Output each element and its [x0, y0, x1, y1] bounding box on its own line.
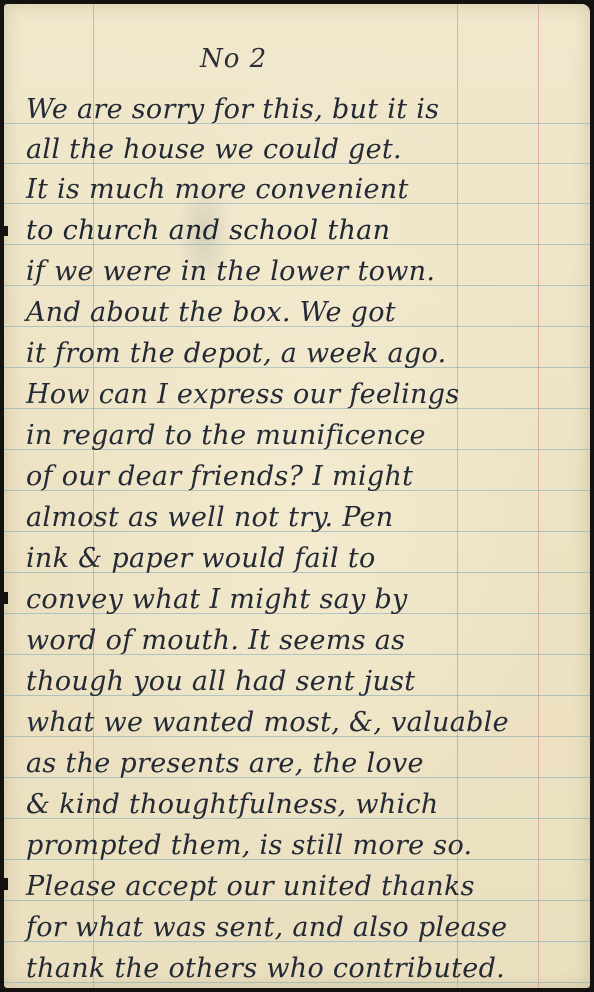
letter-line-18: & kind thoughtfulness, which: [26, 790, 586, 820]
letter-line-16: what we wanted most, &, valuable: [26, 708, 586, 738]
letter-line-9: in regard to the munificence: [26, 421, 586, 451]
letter-line-5: if we were in the lower town.: [26, 257, 586, 287]
paper-edge-tear: [0, 592, 8, 604]
letter-line-6: And about the box. We got: [26, 298, 586, 328]
letter-line-1: We are sorry for this, but it is: [26, 95, 586, 125]
letter-line-15: though you all had sent just: [26, 667, 586, 697]
paper-edge-tear: [0, 226, 8, 236]
letter-line-2: all the house we could get.: [26, 135, 586, 165]
letter-line-12: ink & paper would fail to: [26, 544, 586, 574]
letter-line-13: convey what I might say by: [26, 585, 586, 615]
letter-line-10: of our dear friends? I might: [26, 462, 586, 492]
letter-line-7: it from the depot, a week ago.: [26, 339, 586, 369]
letter-line-21: for what was sent, and also please: [26, 913, 586, 943]
letter-line-20: Please accept our united thanks: [26, 872, 586, 902]
page-number-heading: No 2: [200, 44, 267, 74]
letter-line-8: How can I express our feelings: [26, 380, 586, 410]
letter-line-17: as the presents are, the love: [26, 749, 586, 779]
letter-line-22: thank the others who contributed.: [26, 954, 586, 984]
letter-line-11: almost as well not try. Pen: [26, 503, 586, 533]
letter-page: No 2 We are sorry for this, but it is al…: [4, 4, 590, 988]
letter-line-4: to church and school than: [26, 216, 586, 246]
letter-line-14: word of mouth. It seems as: [26, 626, 586, 656]
letter-line-3: It is much more convenient: [26, 175, 586, 205]
paper-edge-tear: [0, 878, 8, 890]
letter-line-19: prompted them, is still more so.: [26, 831, 586, 861]
